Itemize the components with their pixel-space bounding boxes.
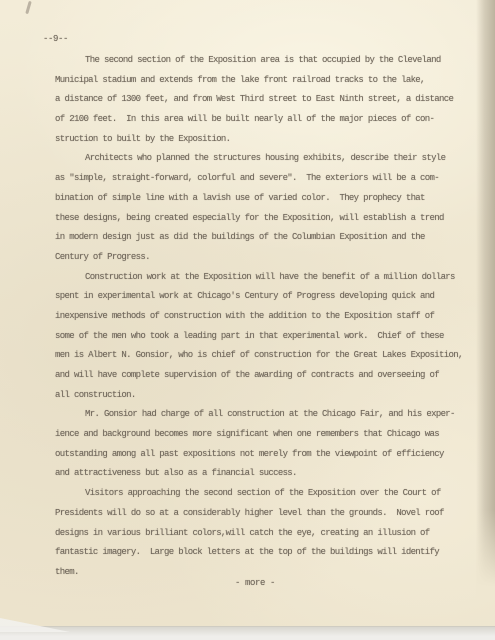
text-line: Municipal stadium and extends from the l…	[55, 71, 485, 91]
text-line: ience and background becomes more signif…	[55, 425, 485, 445]
scan-bottom-strip	[0, 626, 495, 640]
paper-right-edge-shadow	[476, 0, 495, 600]
text-line: designs in various brilliant colors,will…	[55, 524, 485, 544]
text-line: outstanding among all past expositions n…	[55, 445, 485, 465]
text-line: spent in experimental work at Chicago's …	[55, 287, 485, 307]
text-line: Mr. Gonsior had charge of all constructi…	[55, 405, 485, 425]
text-line: a distance of 1300 feet, and from West T…	[55, 90, 485, 110]
text-line: and attractiveness but also as a financi…	[55, 464, 485, 484]
text-line: The second section of the Exposition are…	[55, 51, 485, 71]
text-line: bination of simple line with a lavish us…	[55, 189, 485, 209]
text-line: as "simple, straight-forward, colorful a…	[55, 169, 485, 189]
text-line: inexpensive methods of construction with…	[55, 307, 485, 327]
scan-background: --9-- The second section of the Expositi…	[0, 0, 495, 640]
page-number: --9--	[43, 34, 68, 44]
text-line: and will have complete supervision of th…	[55, 366, 485, 386]
text-line: all construction.	[55, 386, 485, 406]
text-line: Presidents will do so at a considerably …	[55, 504, 485, 524]
more-footer: - more -	[55, 578, 455, 588]
text-line: men is Albert N. Gonsior, who is chief o…	[55, 346, 485, 366]
document-body: The second section of the Exposition are…	[55, 51, 485, 583]
text-line: fantastic imagery. Large block letters a…	[55, 543, 485, 563]
text-line: in modern design just as did the buildin…	[55, 228, 485, 248]
text-line: of 2100 feet. In this area will be built…	[55, 110, 485, 130]
text-line: these designs, being created especially …	[55, 209, 485, 229]
text-line: some of the men who took a leading part …	[55, 327, 485, 347]
text-line: Visitors approaching the second section …	[55, 484, 485, 504]
document-page: --9-- The second section of the Expositi…	[0, 0, 495, 627]
text-line: Century of Progress.	[55, 248, 485, 268]
pencil-mark	[25, 1, 31, 14]
text-line: struction to built by the Exposition.	[55, 130, 485, 150]
text-line: Architects who planned the structures ho…	[55, 149, 485, 169]
text-line: Construction work at the Exposition will…	[55, 268, 485, 288]
